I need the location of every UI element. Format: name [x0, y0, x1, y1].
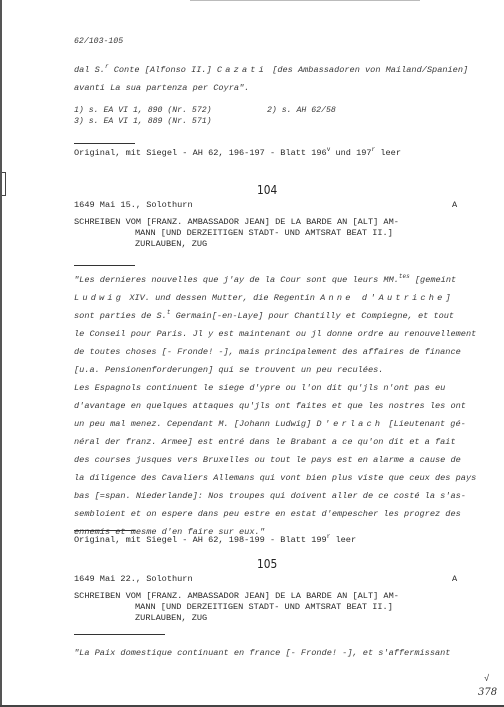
body-line: Ludwig XIV. und dessen Mutter, die Regen… — [74, 293, 451, 303]
text: leer — [375, 148, 401, 158]
carryover-line-1: dal S.r Conte [Alfonso II.] Cazati [des … — [74, 65, 468, 75]
body-line: sont parties de S.t Germain[-en-Laye] po… — [74, 311, 454, 321]
body-line: bas [=span. Niederlande]: Nos troupes qu… — [74, 491, 466, 501]
body-line: "Les dernieres nouvelles que j'ay de la … — [74, 275, 456, 285]
text: Original, mit Siegel - AH 62, 198-199 - … — [74, 535, 327, 545]
doc105-body-line-1: "La Paix domestique continuant en france… — [74, 648, 450, 658]
text: ] — [446, 293, 451, 303]
body-line: Les Espagnols continuent le siege d'ypre… — [74, 383, 445, 393]
doc104-marker: A — [452, 200, 457, 210]
separator-rule — [74, 530, 135, 531]
body-line: un peu mal menez. Cependant M. [Johann L… — [74, 419, 466, 429]
doc105-marker: A — [452, 574, 457, 584]
text: XIV. und dessen Mutter, die Regentin — [124, 293, 320, 303]
scan-left-border — [0, 0, 2, 707]
text: "Les dernieres nouvelles que j'ay de la … — [74, 275, 399, 285]
text: Original, mit Siegel - AH 62, 196-197 - … — [74, 148, 327, 158]
doc105-date-place: 1649 Mai 22., Solothurn — [74, 574, 193, 584]
text: Germain[-en-Laye] pour Chantilly et Comp… — [170, 311, 454, 321]
source-note-previous: Original, mit Siegel - AH 62, 196-197 - … — [74, 148, 401, 158]
spaced-name: Cazati — [217, 65, 267, 75]
body-line: [u.a. Pensionenforderungen] qui se trouv… — [74, 365, 383, 375]
scan-top-edge — [190, 0, 420, 1]
doc104-title-line-2: MANN [UND DERZEITIGEN STADT- UND AMTSRAT… — [135, 228, 393, 238]
superscript: tes — [399, 273, 410, 280]
doc105-title-line-1: SCHREIBEN VOM [FRANZ. AMBASSADOR JEAN] D… — [74, 591, 399, 601]
text: un peu mal menez. Cependant M. [Johann L… — [74, 419, 316, 429]
text: und 197 — [330, 148, 371, 158]
document-number-104: 104 — [257, 182, 277, 197]
page-header-ref: 62/103-105 — [74, 37, 123, 46]
text: leer — [330, 535, 356, 545]
body-line: néral der franz. Armee] est entré dans l… — [74, 437, 456, 447]
doc105-title-line-2: MANN [UND DERZEITIGEN STADT- UND AMTSRAT… — [135, 602, 393, 612]
doc105-title-line-3: ZURLAUBEN, ZUG — [135, 613, 207, 623]
doc104-title-line-3: ZURLAUBEN, ZUG — [135, 239, 207, 249]
text: sont parties de S. — [74, 311, 167, 321]
text: Conte [Alfonso II.] — [109, 65, 217, 75]
body-line: d'avantage en quelques attaques qu'jls o… — [74, 401, 466, 411]
body-line: de toutes choses [- Fronde! -], mais pri… — [74, 347, 461, 357]
body-line: sembloient et on espere dans peu estre e… — [74, 509, 461, 519]
doc104-date-place: 1649 Mai 15., Solothurn — [74, 200, 193, 210]
text: [gemeint — [410, 275, 456, 285]
spaced-name: D'erlach — [316, 419, 383, 429]
footnote-3: 3) s. EA VI 1, 889 (Nr. 571) — [74, 117, 212, 126]
doc104-source-note: Original, mit Siegel - AH 62, 198-199 - … — [74, 535, 356, 545]
text: [Lieutenant gé- — [383, 419, 466, 429]
separator-rule — [74, 143, 135, 144]
carryover-line-2: avanti La sua partenza per Coyra". — [74, 83, 249, 93]
page-number: 378 — [478, 687, 497, 698]
footnote-1: 1) s. EA VI 1, 890 (Nr. 572) — [74, 106, 212, 115]
separator-rule — [74, 634, 165, 635]
body-line: le Conseil pour Paris. Jl y est maintena… — [74, 329, 476, 339]
text: dal S. — [74, 65, 105, 75]
text: [des Ambassadoren von Mailand/Spanien] — [267, 65, 468, 75]
spaced-name: Anne d'Autriche — [320, 293, 445, 303]
check-mark: √ — [484, 674, 489, 684]
body-line: la diligence des Cavaliers Allemans qui … — [74, 473, 476, 483]
spaced-name: Ludwig — [74, 293, 124, 303]
document-number-105: 105 — [257, 556, 277, 571]
binding-bracket-mark — [2, 172, 6, 196]
separator-rule — [74, 265, 135, 266]
body-line: des courses jusques vers Bruxelles ou to… — [74, 455, 461, 465]
footnote-2: 2) s. AH 62/58 — [267, 106, 336, 115]
doc104-title-line-1: SCHREIBEN VOM [FRANZ. AMBASSADOR JEAN] D… — [74, 217, 399, 227]
